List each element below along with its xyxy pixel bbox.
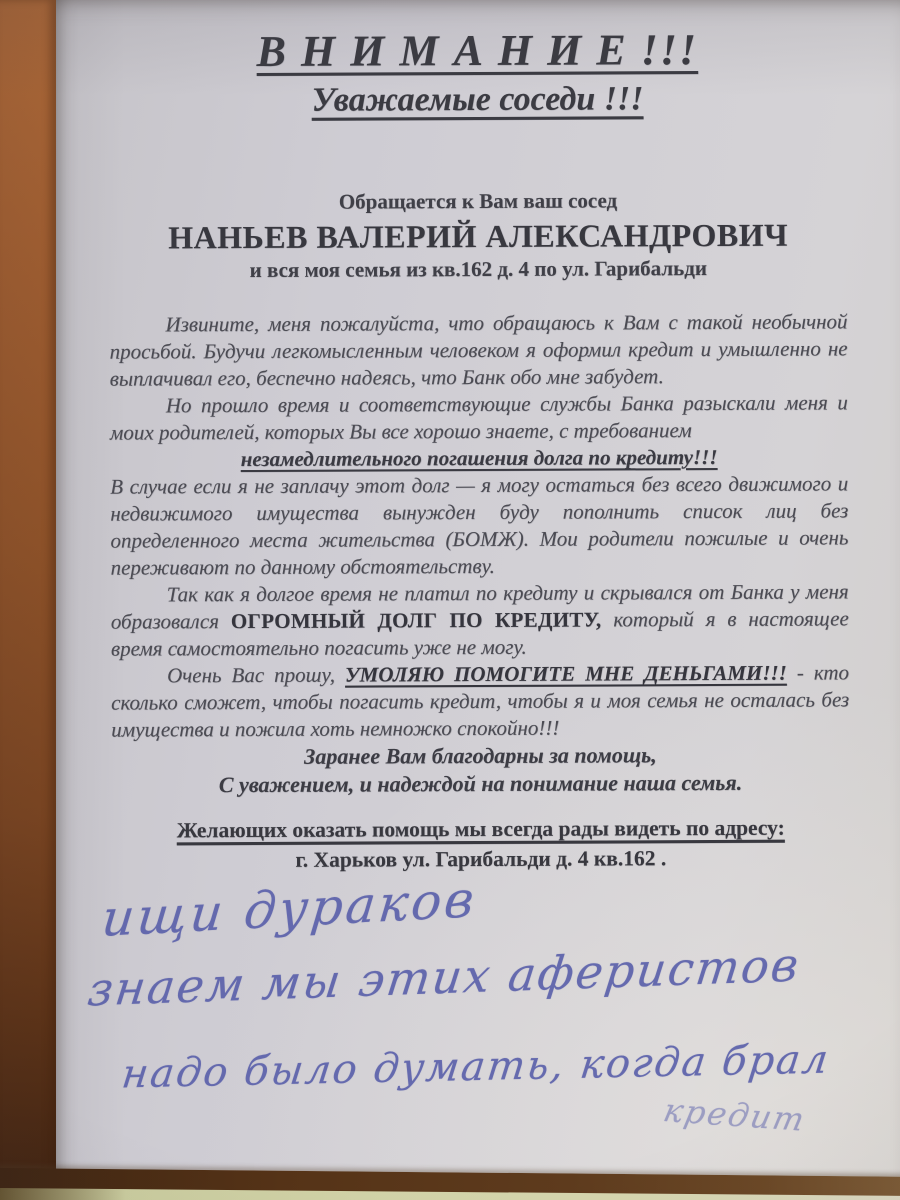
huge-debt-emphasis: ОГРОМНЫЙ ДОЛГ ПО КРЕДИТУ, <box>231 607 602 633</box>
address-heading: Желающих оказать помощь мы всегда рады в… <box>112 812 850 845</box>
address-line: г. Харьков ул. Гарибальди д. 4 кв.162 . <box>112 842 850 875</box>
intro-line: Обращается к Вам ваш сосед <box>109 186 847 215</box>
money-plea-emphasis: УМОЛЯЮ ПОМОГИТЕ МНЕ ДЕНЬГАМИ!!! <box>345 661 787 687</box>
photo-of-door-notice: В Н И М А Н И Е !!! Уважаемые соседи !!!… <box>0 0 900 1200</box>
debt-demand-line: незамедлительного погашения долга по кре… <box>110 443 848 473</box>
sender-name: НАНЬЕВ ВАЛЕРИЙ АЛЕКСАНДРОВИЧ <box>109 214 847 257</box>
paragraph-apology: Извините, меня пожалуйста, что обращаюсь… <box>109 308 847 392</box>
door-frame <box>0 0 56 1200</box>
notice-title: В Н И М А Н И Е !!! <box>108 24 846 77</box>
printed-notice: В Н И М А Н И Е !!! Уважаемые соседи !!!… <box>54 0 900 876</box>
thanks-line-2: С уважением, и надеждой на понимание наш… <box>111 768 849 799</box>
thanks-line-1: Заранее Вам благодарны за помощь, <box>111 740 849 771</box>
paragraph-consequences: В случае если я не заплачу этот долг — я… <box>110 470 848 581</box>
sender-address-line: и вся моя семья из кв.162 д. 4 по ул. Га… <box>109 254 847 283</box>
paper-sheet: В Н И М А Н И Е !!! Уважаемые соседи !!!… <box>56 0 900 1200</box>
paragraph-money-plea: Очень Вас прошу, УМОЛЯЮ ПОМОГИТЕ МНЕ ДЕН… <box>111 659 849 743</box>
notice-subtitle: Уважаемые соседи !!! <box>108 76 846 123</box>
paragraph-bank-search: Но прошло время и соответствующие службы… <box>110 389 848 446</box>
paragraph-huge-debt: Так как я долгое время не платил по кред… <box>111 578 849 662</box>
